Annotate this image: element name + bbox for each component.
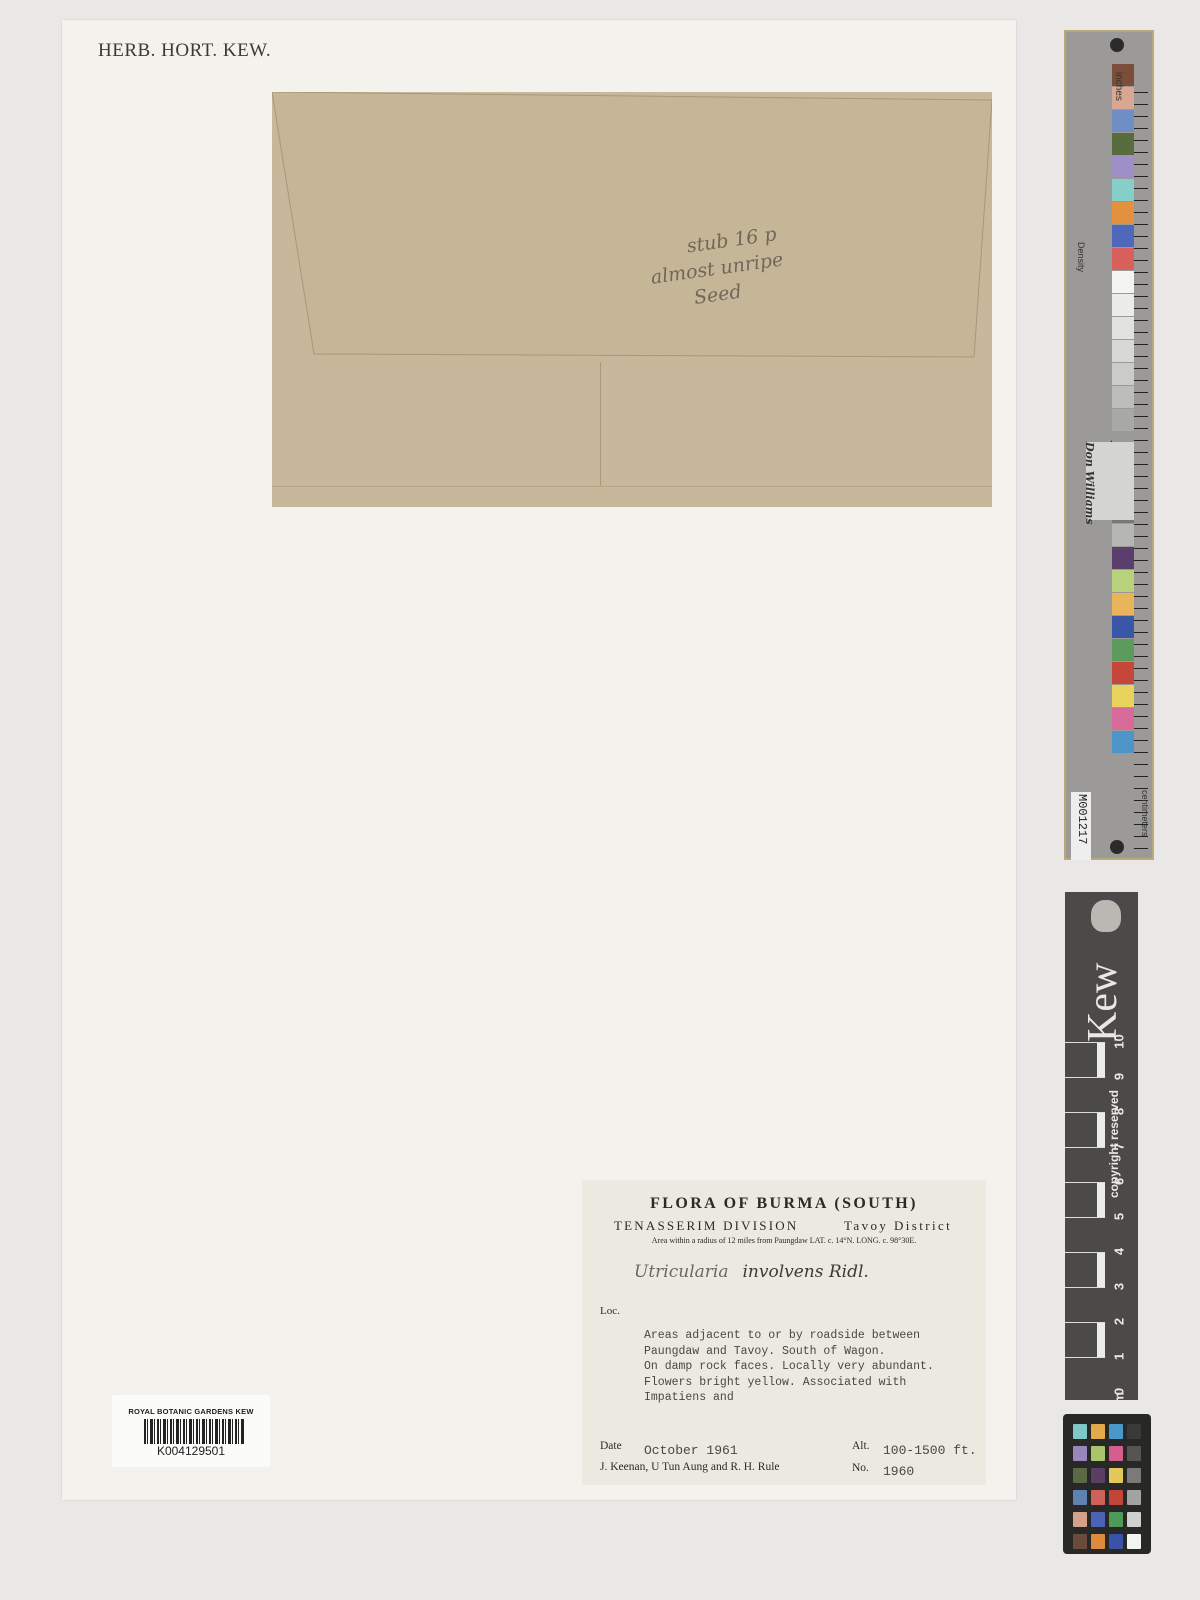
barcode-institution: ROYAL BOTANIC GARDENS KEW	[112, 1407, 270, 1416]
color-checker-patch	[1091, 1468, 1105, 1483]
number-label: No.	[852, 1462, 869, 1474]
label-division: TENASSERIM DIVISION	[614, 1218, 798, 1234]
color-checker-patch	[1109, 1490, 1123, 1505]
kew-scale-bars	[1065, 1042, 1105, 1394]
ruler-ticks	[1134, 92, 1148, 852]
kew-scale-number: 2	[1112, 1312, 1127, 1332]
envelope-seam	[600, 362, 601, 487]
ruler-swatch	[1112, 133, 1134, 155]
ruler-swatch	[1112, 386, 1134, 408]
ruler-swatch	[1112, 409, 1134, 431]
kew-scale-unit: cm	[1112, 1392, 1127, 1412]
color-checker-patch	[1073, 1446, 1087, 1461]
altitude-label: Alt.	[852, 1440, 870, 1452]
ruler-swatch	[1112, 156, 1134, 178]
ruler-swatch	[1112, 685, 1134, 707]
ruler-swatch	[1112, 363, 1134, 385]
date-label: Date	[600, 1440, 622, 1452]
color-checker-patch	[1127, 1490, 1141, 1505]
kew-scale-number: 8	[1112, 1102, 1127, 1122]
barcode-id: K004129501	[112, 1444, 270, 1458]
kew-scale-number: 6	[1112, 1172, 1127, 1192]
collectors: J. Keenan, U Tun Aung and R. H. Rule	[600, 1461, 780, 1473]
barcode-icon	[144, 1419, 244, 1444]
ruler-swatch	[1112, 294, 1134, 316]
loc-label: Loc.	[600, 1305, 620, 1317]
kew-scale-segment	[1065, 1287, 1105, 1322]
envelope-bottom-fold	[272, 486, 992, 507]
color-checker-patch	[1073, 1512, 1087, 1527]
collection-number: 1960	[883, 1464, 914, 1479]
label-area: Area within a radius of 12 miles from Pa…	[582, 1236, 986, 1245]
kew-scale-bar: Kew copyright reserved 109876543210cm	[1065, 892, 1138, 1400]
color-checker-patch	[1073, 1468, 1087, 1483]
kew-crest-icon	[1091, 900, 1121, 932]
ruler-swatch	[1112, 616, 1134, 638]
altitude-value: 100-1500 ft.	[883, 1443, 977, 1458]
kew-scale-number: 4	[1112, 1242, 1127, 1262]
kew-scale-number: 7	[1112, 1137, 1127, 1157]
envelope-flap	[272, 92, 992, 362]
color-checker-patch	[1127, 1446, 1141, 1461]
ruler-swatch	[1112, 110, 1134, 132]
kew-scale-segment	[1065, 1322, 1105, 1357]
kew-scale-segment	[1065, 1357, 1105, 1392]
ruler-swatch	[1112, 570, 1134, 592]
ruler-swatch	[1112, 340, 1134, 362]
kew-scale-segment	[1065, 1147, 1105, 1182]
ruler-hole-icon	[1110, 840, 1124, 854]
kew-scale-segment	[1065, 1042, 1105, 1077]
ruler-swatch	[1112, 317, 1134, 339]
kew-scale-number: 1	[1112, 1347, 1127, 1367]
ruler-swatch	[1112, 225, 1134, 247]
ruler-units-cm: centimeters	[1140, 790, 1150, 837]
kew-logo: Kew	[1079, 963, 1127, 1042]
kew-scale-segment	[1065, 1077, 1105, 1112]
kew-scale-number: 10	[1112, 1032, 1127, 1052]
ruler-swatch	[1112, 708, 1134, 730]
color-checker	[1063, 1414, 1151, 1554]
color-checker-patch	[1091, 1512, 1105, 1527]
color-checker-patch	[1091, 1490, 1105, 1505]
color-checker-patch	[1091, 1446, 1105, 1461]
kew-scale-segment	[1065, 1182, 1105, 1217]
ruler-swatches	[1112, 64, 1134, 754]
kew-scale-number: 5	[1112, 1207, 1127, 1227]
ruler-swatch	[1112, 662, 1134, 684]
herbarium-header: HERB. HORT. KEW.	[98, 40, 271, 62]
color-checker-patch	[1109, 1446, 1123, 1461]
color-checker-patch	[1091, 1534, 1105, 1549]
kew-scale-number: 9	[1112, 1067, 1127, 1087]
label-district: Tavoy District	[844, 1218, 952, 1234]
color-checker-patch	[1073, 1534, 1087, 1549]
ruler-swatch	[1112, 202, 1134, 224]
ruler-brand: Don Williams	[1083, 442, 1096, 525]
color-checker-patch	[1109, 1468, 1123, 1483]
kew-scale-segment	[1065, 1112, 1105, 1147]
kew-scale-segment	[1065, 1217, 1105, 1252]
specimen-label: FLORA OF BURMA (SOUTH) TENASSERIM DIVISI…	[582, 1180, 986, 1485]
ruler-id: M001217	[1071, 792, 1091, 860]
ruler-swatch	[1112, 639, 1134, 661]
species-name: Utriculariainvolvens Ridl.	[634, 1262, 869, 1282]
color-checker-grid	[1073, 1424, 1141, 1549]
ruler-swatch	[1112, 271, 1134, 293]
color-checker-patch	[1073, 1490, 1087, 1505]
ruler-swatch	[1112, 547, 1134, 569]
kew-scale-number: 3	[1112, 1277, 1127, 1297]
ruler-swatch	[1112, 248, 1134, 270]
ruler-swatch	[1112, 524, 1134, 546]
color-checker-patch	[1127, 1424, 1141, 1439]
color-checker-patch	[1109, 1534, 1123, 1549]
color-checker-patch	[1109, 1424, 1123, 1439]
color-checker-patch	[1109, 1512, 1123, 1527]
ruler-swatch	[1112, 179, 1134, 201]
color-checker-patch	[1127, 1534, 1141, 1549]
kew-scale-numbers: 109876543210cm	[1109, 1042, 1129, 1394]
ruler-hole-icon	[1110, 38, 1124, 52]
color-checker-patch	[1127, 1468, 1141, 1483]
collection-date: October 1961	[644, 1443, 738, 1458]
barcode-label: ROYAL BOTANIC GARDENS KEW K004129501	[112, 1395, 270, 1467]
locality-notes: Areas adjacent to or by roadside between…	[644, 1328, 934, 1406]
ruler-units-inches: inches	[1113, 72, 1124, 101]
ruler-swatch	[1112, 593, 1134, 615]
ruler-swatch	[1112, 731, 1134, 753]
color-ruler: inches Density Don Williams M001217 cent…	[1064, 30, 1154, 860]
kew-scale-segment	[1065, 1252, 1105, 1287]
label-title: FLORA OF BURMA (SOUTH)	[582, 1195, 986, 1213]
ruler-density-label: Density	[1076, 242, 1086, 272]
color-checker-patch	[1091, 1424, 1105, 1439]
color-checker-patch	[1127, 1512, 1141, 1527]
seed-envelope	[272, 92, 992, 507]
color-checker-patch	[1073, 1424, 1087, 1439]
